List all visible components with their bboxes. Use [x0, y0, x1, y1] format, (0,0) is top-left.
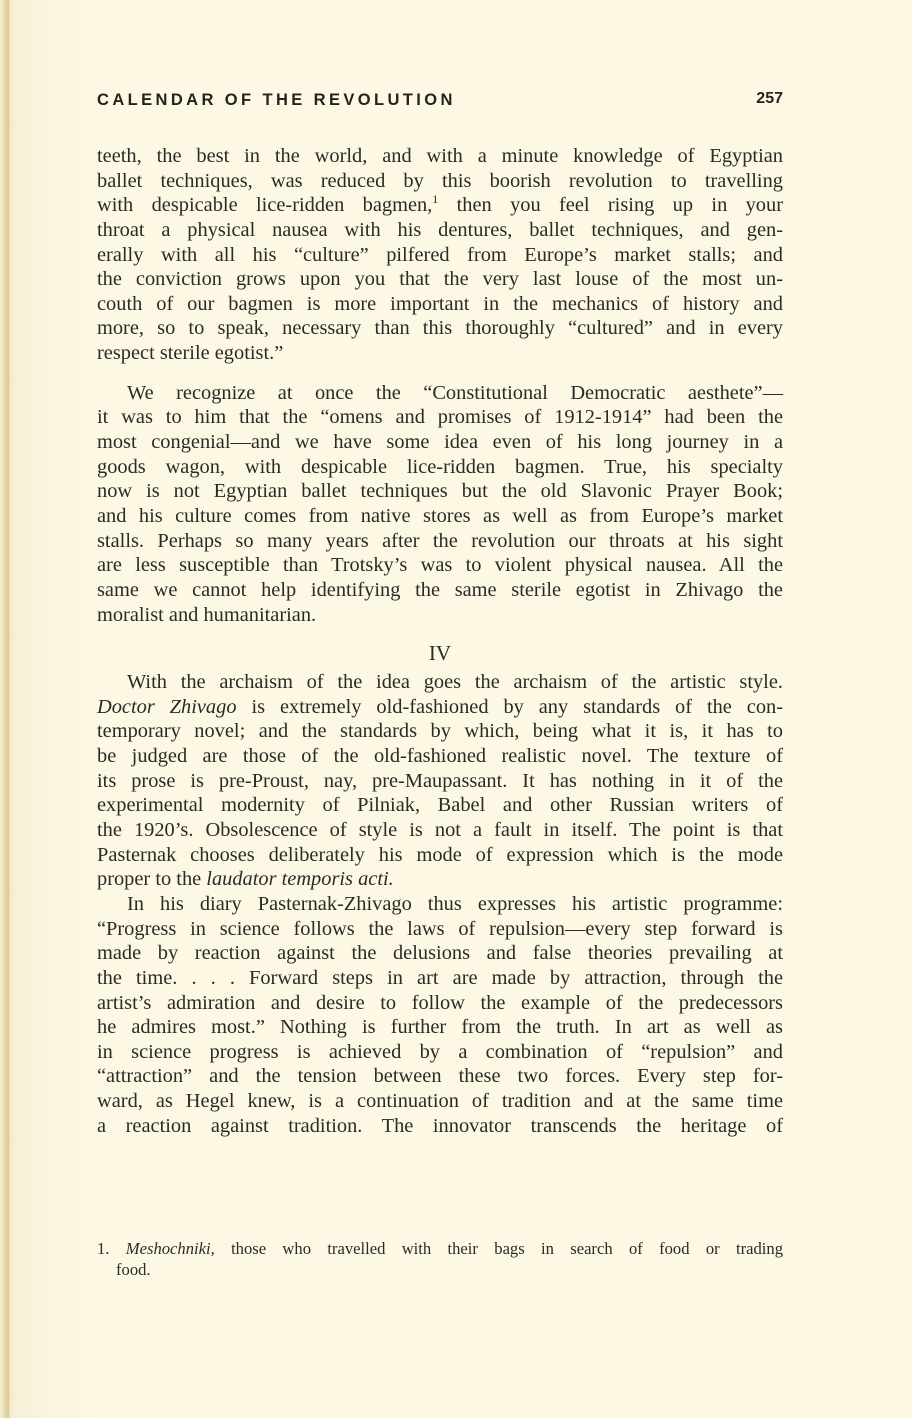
text-line: couth of our bagmen is more important in…	[97, 292, 783, 317]
paragraph: teeth, the best in the world, and with a…	[97, 144, 783, 366]
text-line: temporary novel; and the standards by wh…	[97, 719, 783, 744]
text-line: with despicable lice-ridden bagmen,1 the…	[97, 193, 783, 218]
text-line: the time. . . . Forward steps in art are…	[97, 966, 783, 991]
section-heading: IV	[97, 637, 783, 670]
text-line: stalls. Perhaps so many years after the …	[97, 529, 783, 554]
text-line: We recognize at once the “Constitutional…	[97, 381, 783, 406]
text-line: moralist and humanitarian.	[97, 603, 783, 628]
text-line: and his culture comes from native stores…	[97, 504, 783, 529]
text-line: proper to the laudator temporis acti.	[97, 867, 783, 892]
paragraph-spacer	[97, 366, 783, 381]
text-line: it was to him that the “omens and promis…	[97, 405, 783, 430]
footnote-number: 1.	[97, 1239, 109, 1258]
text-fragment: proper to the	[97, 868, 206, 890]
text-fragment: is extremely old-fashioned by any standa…	[237, 696, 783, 718]
text-line: same we cannot help identifying the same…	[97, 578, 783, 603]
paragraph: We recognize at once the “Constitutional…	[97, 381, 783, 627]
text-line: now is not Egyptian ballet techniques bu…	[97, 479, 783, 504]
book-spine-edge	[0, 0, 9, 1418]
text-line: more, so to speak, necessary than this t…	[97, 316, 783, 341]
text-line: be judged are those of the old-fashioned…	[97, 744, 783, 769]
text-line: are less susceptible than Trotsky’s was …	[97, 553, 783, 578]
text-line: teeth, the best in the world, and with a…	[97, 144, 783, 169]
footnote-line: food.	[97, 1259, 783, 1280]
text-line: respect sterile egotist.”	[97, 341, 783, 366]
text-line: erally with all his “culture” pilfered f…	[97, 243, 783, 268]
text-line: throat a physical nausea with his dentur…	[97, 218, 783, 243]
text-line: ballet techniques, was reduced by this b…	[97, 169, 783, 194]
text-line: the conviction grows upon you that the v…	[97, 267, 783, 292]
body-text: teeth, the best in the world, and with a…	[97, 144, 783, 1138]
text-fragment: with despicable lice-ridden bagmen,	[97, 194, 432, 216]
latin-phrase: laudator temporis acti.	[206, 868, 393, 890]
footnote: 1. Meshochniki, those who travelled with…	[97, 1238, 783, 1280]
text-line: made by reaction against the delusions a…	[97, 941, 783, 966]
text-line: its prose is pre-Proust, nay, pre-Maupas…	[97, 769, 783, 794]
text-line: Pasternak chooses deliberately his mode …	[97, 843, 783, 868]
text-line: Doctor Zhivago is extremely old-fashione…	[97, 695, 783, 720]
footnote-text: those who travelled with their bags in s…	[215, 1239, 783, 1258]
running-title: CALENDAR OF THE REVOLUTION	[97, 91, 456, 110]
paragraph: With the archaism of the idea goes the a…	[97, 670, 783, 892]
text-line: a reaction against tradition. The innova…	[97, 1114, 783, 1139]
text-line: “attraction” and the tension between the…	[97, 1064, 783, 1089]
text-line: artist’s admiration and desire to follow…	[97, 991, 783, 1016]
text-line: in science progress is achieved by a com…	[97, 1040, 783, 1065]
text-line: goods wagon, with despicable lice-ridden…	[97, 455, 783, 480]
text-line: the 1920’s. Obsolescence of style is not…	[97, 818, 783, 843]
page-number: 257	[756, 90, 783, 108]
paragraph: In his diary Pasternak-Zhivago thus expr…	[97, 892, 783, 1138]
text-line: In his diary Pasternak-Zhivago thus expr…	[97, 892, 783, 917]
text-line: “Progress in science follows the laws of…	[97, 917, 783, 942]
text-line: ward, as Hegel knew, is a continuation o…	[97, 1089, 783, 1114]
book-title: Doctor Zhivago	[97, 696, 237, 718]
text-line: With the archaism of the idea goes the a…	[97, 670, 783, 695]
text-line: most congenial—and we have some idea eve…	[97, 430, 783, 455]
text-line: experimental modernity of Pilniak, Babel…	[97, 793, 783, 818]
footnote-term: Meshochniki,	[126, 1239, 215, 1258]
footnote-line: 1. Meshochniki, those who travelled with…	[97, 1238, 783, 1259]
text-fragment: then you feel rising up in your	[438, 194, 783, 216]
running-header: CALENDAR OF THE REVOLUTION 257	[97, 89, 783, 115]
text-line: he admires most.” Nothing is further fro…	[97, 1015, 783, 1040]
